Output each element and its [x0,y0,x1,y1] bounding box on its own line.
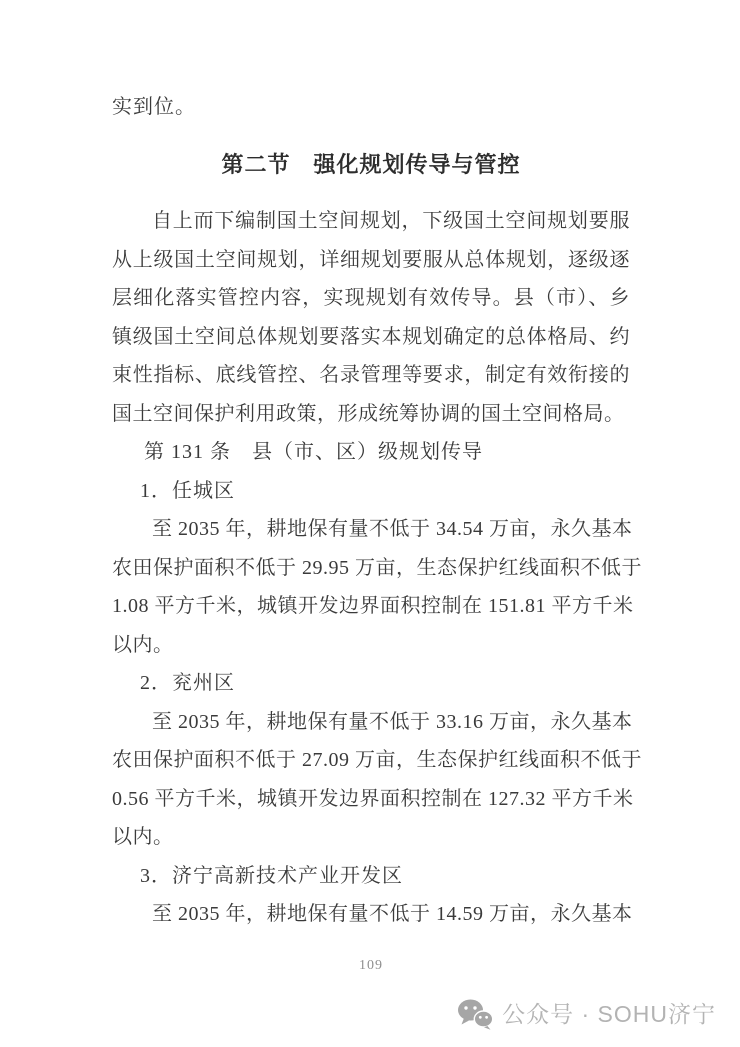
paragraph-line: 以内。 [112,818,630,857]
paragraph-line: 1.08 平方千米，城镇开发边界面积控制在 151.81 平方千米 [112,587,630,626]
district-item-gaoxin: 3．济宁高新技术产业开发区 至 2035 年，耕地保有量不低于 14.59 万亩… [112,857,630,934]
intro-paragraph: 自上而下编制国土空间规划，下级国土空间规划要服 从上级国土空间规划，详细规划要服… [112,202,630,433]
paragraph-line: 农田保护面积不低于 27.09 万亩，生态保护红线面积不低于 [112,741,630,780]
paragraph-line: 束性指标、底线管控、名录管理等要求，制定有效衔接的 [112,356,630,395]
wechat-icon [457,999,493,1030]
paragraph-line: 从上级国土空间规划，详细规划要服从总体规划，逐级逐 [112,241,630,280]
item-title: 1．任城区 [112,472,630,511]
page-number: 109 [112,956,630,976]
paragraph-line: 至 2035 年，耕地保有量不低于 34.54 万亩，永久基本 [112,510,630,549]
section-heading: 第二节 强化规划传导与管控 [112,150,630,180]
page-content: 实到位。 第二节 强化规划传导与管控 自上而下编制国土空间规划，下级国土空间规划… [0,0,740,976]
item-title: 3．济宁高新技术产业开发区 [112,857,630,896]
footer-brand: 公众号 · SOHU济宁 [457,998,716,1030]
district-item-yanzhou: 2．兖州区 至 2035 年，耕地保有量不低于 33.16 万亩，永久基本 农田… [112,664,630,857]
district-item-rencheng: 1．任城区 至 2035 年，耕地保有量不低于 34.54 万亩，永久基本 农田… [112,472,630,665]
paragraph-line: 至 2035 年，耕地保有量不低于 14.59 万亩，永久基本 [112,895,630,934]
footer-brand-label: 公众号 · SOHU济宁 [502,998,716,1030]
paragraph-line: 至 2035 年，耕地保有量不低于 33.16 万亩，永久基本 [112,703,630,742]
paragraph-line: 以内。 [112,626,630,665]
article-heading: 第 131 条 县（市、区）级规划传导 [112,433,630,472]
paragraph-line: 层细化落实管控内容，实现规划有效传导。县（市）、乡 [112,279,630,318]
paragraph-line: 自上而下编制国土空间规划，下级国土空间规划要服 [112,202,630,241]
paragraph-line: 农田保护面积不低于 29.95 万亩，生态保护红线面积不低于 [112,549,630,588]
item-title: 2．兖州区 [112,664,630,703]
document-page: 实到位。 第二节 强化规划传导与管控 自上而下编制国土空间规划，下级国土空间规划… [0,0,740,1047]
paragraph-line: 0.56 平方千米，城镇开发边界面积控制在 127.32 平方千米 [112,780,630,819]
paragraph-line: 国土空间保护利用政策，形成统筹协调的国土空间格局。 [112,395,630,434]
continuation-text: 实到位。 [112,92,630,122]
paragraph-line: 镇级国土空间总体规划要落实本规划确定的总体格局、约 [112,318,630,357]
